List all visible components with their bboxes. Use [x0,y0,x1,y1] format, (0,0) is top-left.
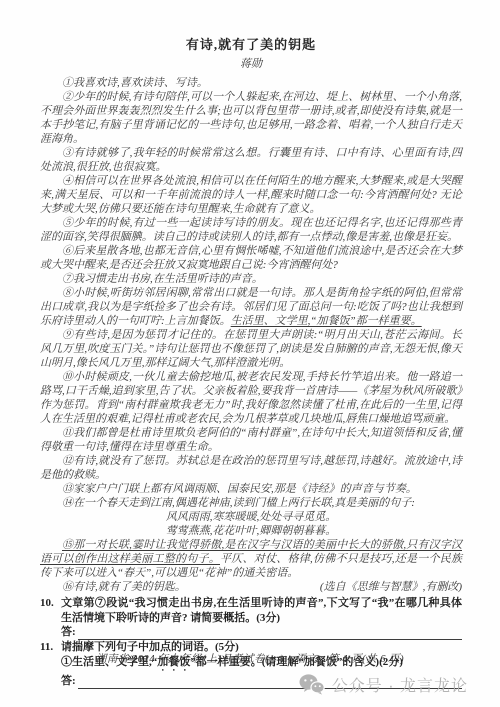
text-segment: ⑯有诗,就有了美的钥匙。 [62,581,186,593]
underlined-sentence: 生活里、文学里,“加餐饭”都一样重要。 [231,315,422,327]
article-paragraph: ⑥后来星散各地,也都无音信,心里有惆怅唏嘘,不知道他们流浪途中,是否还会在大梦或… [40,244,462,272]
article-paragraph: ③有诗就够了,我年轻的时候常常这么想。行囊里有诗、口中有诗、心里面有诗,四处流浪… [40,146,462,174]
answer-label: 答: [61,674,76,689]
text-segment: ⑥后来星散各地,也都无音信,心里有惆怅唏嘘,不知道他们流浪途中,是否还会在大梦或… [40,245,462,271]
couplet-line: 莺莺燕燕,花花叶叶,卿卿朝朝暮暮。 [40,524,462,538]
text-segment: ⑭在一个春天走到江南,偶遇花神庙,读到门楹上两行长联,真是美丽的句子: [62,497,415,509]
article-paragraph: ⑮那一对长联,霎时让我觉得骄傲,是在汉字与汉语的美丽中长大的骄傲,只有汉字汉语可… [40,538,462,580]
article-paragraph: ⑪我们都曾是杜甫诗里欺负老阿伯的“南村群童”,在诗句中长大,知道领悟和反省,懂得… [40,426,462,454]
text-segment: ④相信可以在世界各处流浪,相信可以在任何陌生的地方醒来,大梦醒来,或是大哭醒来,… [40,175,462,215]
article-paragraph: ⑬家家户户门联上都有风调雨顺、国泰民安,那是《诗经》的声音与节奏。 [40,482,462,496]
wechat-icon [299,674,325,695]
article-paragraph: (选自《思维与智慧》,有删改)⑯有诗,就有了美的钥匙。 [40,580,462,594]
watermark: 公众号 · 龙言龙论 [299,673,468,696]
text-segment: ②少年的时候,有诗句陪伴,可以一个人躲起来,在河边、堤上、树林里、一个小角落,不… [40,91,462,145]
text-segment: ⑬家家户户门联上都有风调雨顺、国泰民安,那是《诗经》的声音与节奏。 [62,483,417,495]
article-body: ①我喜欢诗,喜欢读诗、写诗。②少年的时候,有诗句陪伴,可以一个人躲起来,在河边、… [40,76,462,594]
page-content: 有诗,就有了美的钥匙 蒋勋 ①我喜欢诗,喜欢读诗、写诗。②少年的时候,有诗句陪伴… [0,0,500,689]
text-segment: ③有诗就够了,我年轻的时候常常这么想。行囊里有诗、口中有诗、心里面有诗,四处流浪… [40,147,462,173]
answer-blank [78,626,462,640]
text-segment: ⑪我们都曾是杜甫诗里欺负老阿伯的“南村群童”,在诗句中长大,知道领悟和反省,懂得… [40,427,462,453]
text-segment: ⑩小时候顽皮,一伙儿童去偷挖地瓜,被老农民发现,手持长竹竿追出来。他一路追一路骂… [40,371,462,425]
question-body: 文章第⑦段说“我习惯走出书房,在生活里听诗的声音”,下文写了“我”在哪几种具体生… [61,596,462,640]
question-number: 10. [40,596,61,640]
article-paragraph: ⑭在一个春天走到江南,偶遇花神庙,读到门楹上两行长联,真是美丽的句子: [40,496,462,510]
article-paragraph: ⑤少年的时候,有过一些一起读诗写诗的朋友。现在也还记得名字,也还记得那些青涩的面… [40,216,462,244]
article-paragraph: ⑧小时候,听街坊邻居闲聊,常常出口就是一句诗。那人是街角捡字纸的阿伯,但常常出口… [40,286,462,328]
article-paragraph: ⑩小时候顽皮,一伙儿童去偷挖地瓜,被老农民发现,手持长竹竿追出来。他一路追一路骂… [40,370,462,426]
text-segment: ⑤少年的时候,有过一些一起读诗写诗的朋友。现在也还记得名字,也还记得那些青涩的面… [40,217,462,243]
exam-page: 有诗,就有了美的钥匙 蒋勋 ①我喜欢诗,喜欢读诗、写诗。②少年的时候,有诗句陪伴… [0,0,500,707]
question-item: 10.文章第⑦段说“我习惯走出书房,在生活里听诗的声音”,下文写了“我”在哪几种… [40,596,462,640]
article-title: 有诗,就有了美的钥匙 [40,34,462,53]
article-paragraph: ⑫有诗,就没有了惩罚。苏轼总是在政治的惩罚里写诗,越惩罚,诗越好。流放途中,诗是… [40,454,462,482]
article-paragraph: ⑦我习惯走出书房,在生活里听诗的声音。 [40,272,462,286]
text-segment: 莺莺燕燕,花花叶叶,卿卿朝朝暮暮。 [166,525,337,537]
article-paragraph: ⑨有些诗,是因为惩罚才记住的。在惩罚里大声朗读:“明月出天山,苍茫云海间。长风几… [40,328,462,370]
page-footer: 湖南省 2024 年九年级(上)月考试卷(一) 语文 第 4 页(共 6 页) [0,651,500,666]
article-paragraph: ②少年的时候,有诗句陪伴,可以一个人躲起来,在河边、堤上、树林里、一个小角落,不… [40,90,462,146]
article-paragraph: ①我喜欢诗,喜欢读诗、写诗。 [40,76,462,90]
text-segment: ⑨有些诗,是因为惩罚才记住的。在惩罚里大声朗读:“明月出天山,苍茫云海间。长风几… [40,329,462,369]
text-segment: ①我喜欢诗,喜欢读诗、写诗。 [62,77,208,89]
text-segment: 文章第⑦段说“我习惯走出书房,在生活里听诗的声音”,下文写了“我”在哪几种具体生… [61,597,462,624]
article-paragraph: ④相信可以在世界各处流浪,相信可以在任何陌生的地方醒来,大梦醒来,或是大哭醒来,… [40,174,462,216]
text-segment: ⑦我习惯走出书房,在生活里听诗的声音。 [62,273,263,285]
answer-line: 答: [61,625,462,640]
text-segment: ⑫有诗,就没有了惩罚。苏轼总是在政治的惩罚里写诗,越惩罚,诗越好。流放途中,诗是… [40,455,462,481]
answer-label: 答: [61,625,76,640]
text-segment: 风风雨雨,寒寒暖暖,处处寻寻觅觅。 [166,511,337,523]
article-author: 蒋勋 [40,55,462,71]
source-note: (选自《思维与智慧》,有删改) [298,580,462,594]
couplet-line: 风风雨雨,寒寒暖暖,处处寻寻觅觅。 [40,510,462,524]
watermark-label: 公众号 · 龙言龙论 [332,673,468,696]
question-text: 文章第⑦段说“我习惯走出书房,在生活里听诗的声音”,下文写了“我”在哪几种具体生… [61,596,462,625]
